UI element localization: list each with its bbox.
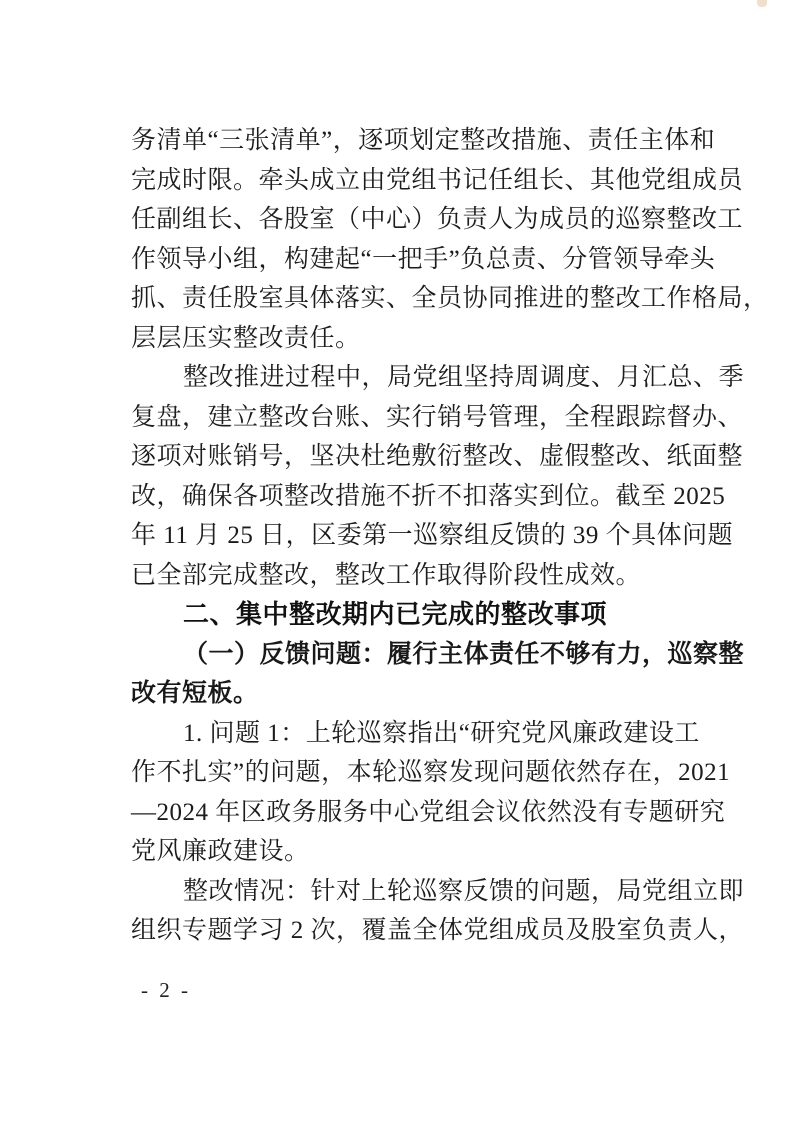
body-line: 务清单“三张清单”，逐项划定整改措施、责任主体和 xyxy=(131,121,685,161)
body-line: 作不扎实”的问题，本轮巡察发现问题依然存在，2021 xyxy=(131,753,685,793)
document-body: 务清单“三张清单”，逐项划定整改措施、责任主体和 完成时限。牵头成立由党组书记任… xyxy=(131,121,685,951)
feedback-issue-line: 改有短板。 xyxy=(131,674,685,714)
document-page: 务清单“三张清单”，逐项划定整改措施、责任主体和 完成时限。牵头成立由党组书记任… xyxy=(0,0,793,1122)
body-line: 完成时限。牵头成立由党组书记任组长、其他党组成员 xyxy=(131,161,685,201)
page-number: - 2 - xyxy=(141,978,191,1003)
body-line: 层层压实整改责任。 xyxy=(131,319,685,359)
body-line: 抓、责任股室具体落实、全员协同推进的整改工作格局， xyxy=(131,279,685,319)
scan-artifact xyxy=(757,0,767,7)
body-line: —2024 年区政务服务中心党组会议依然没有专题研究 xyxy=(131,793,685,833)
body-line: 复盘，建立整改台账、实行销号管理，全程跟踪督办、 xyxy=(131,398,685,438)
body-line: 已全部完成整改，整改工作取得阶段性成效。 xyxy=(131,556,685,596)
body-line: 年 11 月 25 日，区委第一巡察组反馈的 39 个具体问题 xyxy=(131,516,685,556)
body-line: 逐项对账销号，坚决杜绝敷衍整改、虚假整改、纸面整 xyxy=(131,437,685,477)
body-line: 组织专题学习 2 次，覆盖全体党组成员及股室负责人， xyxy=(131,911,685,951)
feedback-issue-line: （一）反馈问题：履行主体责任不够有力，巡察整 xyxy=(131,635,685,675)
body-line: 整改推进过程中，局党组坚持周调度、月汇总、季 xyxy=(131,358,685,398)
body-line: 任副组长、各股室（中心）负责人为成员的巡察整改工 xyxy=(131,200,685,240)
body-line: 1. 问题 1：上轮巡察指出“研究党风廉政建设工 xyxy=(131,714,685,754)
body-line: 改，确保各项整改措施不折不扣落实到位。截至 2025 xyxy=(131,477,685,517)
body-line: 整改情况：针对上轮巡察反馈的问题，局党组立即 xyxy=(131,872,685,912)
section-heading: 二、集中整改期内已完成的整改事项 xyxy=(131,595,685,635)
body-line: 作领导小组，构建起“一把手”负总责、分管领导牵头 xyxy=(131,240,685,280)
body-line: 党风廉政建设。 xyxy=(131,832,685,872)
